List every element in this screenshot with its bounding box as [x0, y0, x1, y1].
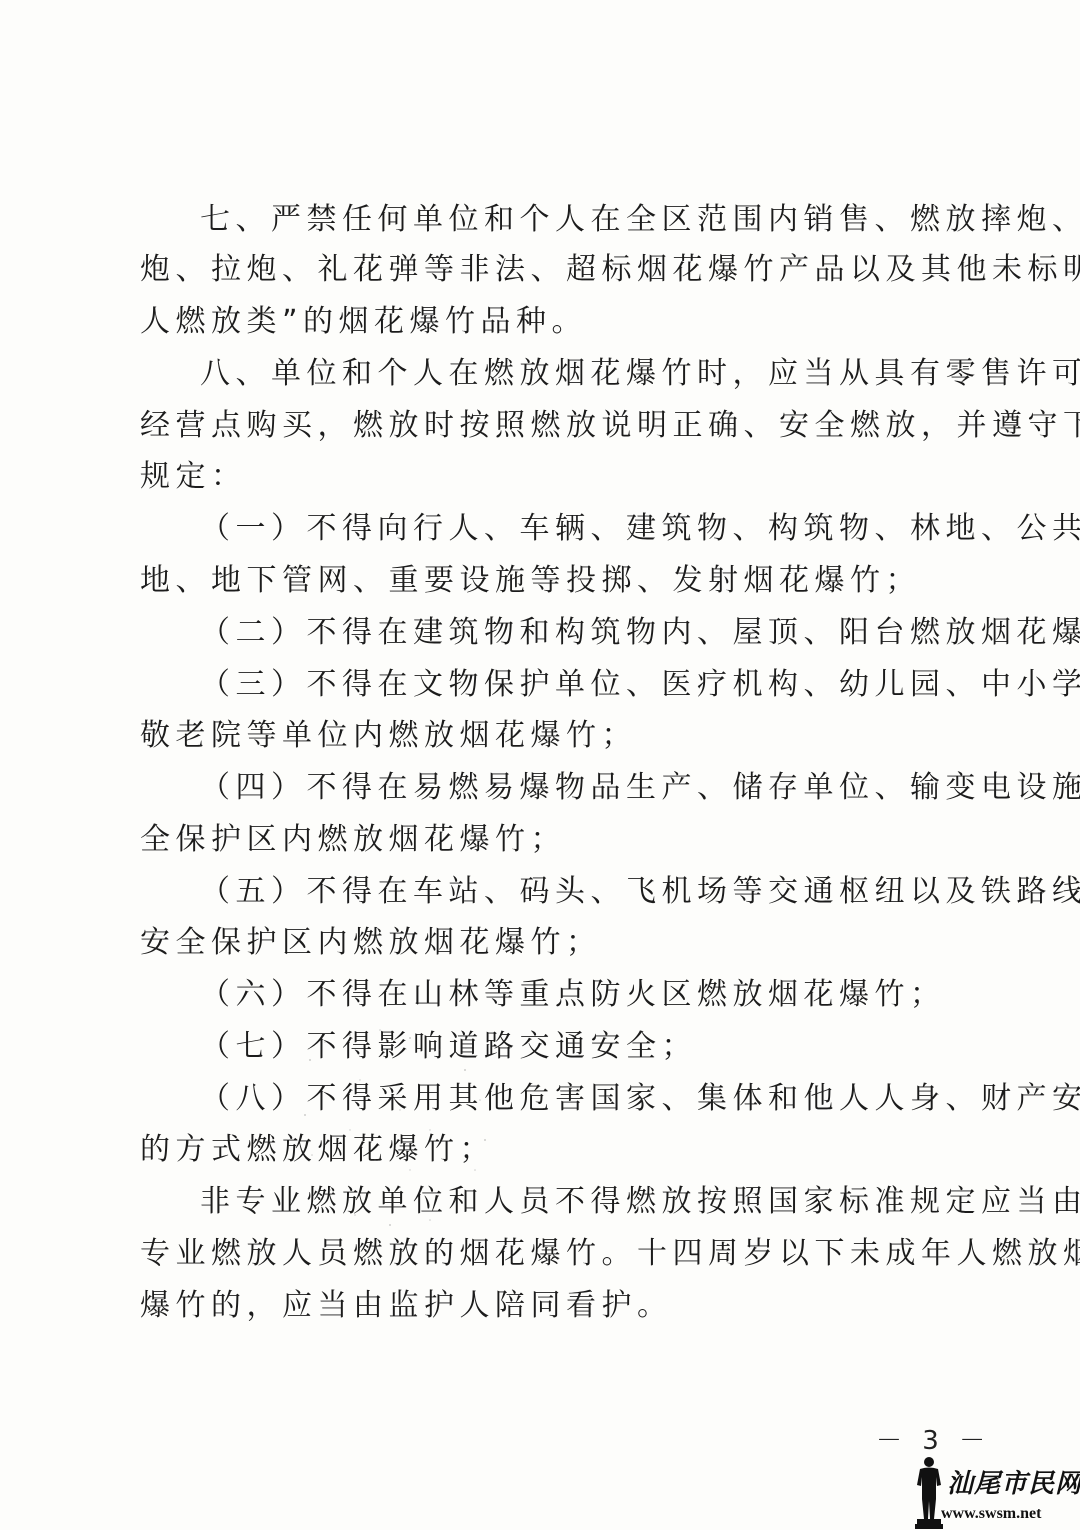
stamp-speckle: [290, 1020, 510, 1240]
text-line: 专业燃放人员燃放的烟花爆竹。十四周岁以下未成年人燃放烟花: [140, 1234, 950, 1274]
text-line: 地、地下管网、重要设施等投掷、发射烟花爆竹；: [140, 561, 950, 601]
text-line: （六）不得在山林等重点防火区燃放烟花爆竹；: [200, 975, 950, 1015]
watermark-url: www.swsm.net: [941, 1505, 1041, 1523]
watermark-logo: 汕尾市民网 www.swsm.net: [915, 1455, 1080, 1530]
page-number: － 3 －: [876, 1420, 991, 1457]
text-line: 安全保护区内燃放烟花爆竹；: [140, 923, 950, 963]
text-line: 人燃放类”的烟花爆竹品种。: [140, 302, 950, 342]
text-line: （五）不得在车站、码头、飞机场等交通枢纽以及铁路线路: [200, 872, 950, 912]
document-page: 七、严禁任何单位和个人在全区范围内销售、燃放摔炮、擦 炮、拉炮、礼花弹等非法、超…: [0, 0, 1080, 1530]
text-line: 爆竹的，应当由监护人陪同看护。: [140, 1286, 950, 1326]
text-line: 七、严禁任何单位和个人在全区范围内销售、燃放摔炮、擦: [200, 200, 950, 240]
text-line: 敬老院等单位内燃放烟花爆竹；: [140, 716, 950, 756]
text-line: （三）不得在文物保护单位、医疗机构、幼儿园、中小学校、: [200, 665, 950, 705]
text-line: 经营点购买，燃放时按照燃放说明正确、安全燃放，并遵守下列: [140, 406, 950, 446]
text-line: 八、单位和个人在燃放烟花爆竹时，应当从具有零售许可的: [200, 354, 950, 394]
text-line: 的方式燃放烟花爆竹；: [140, 1130, 950, 1170]
text-line: 规定：: [140, 457, 950, 497]
watermark-title: 汕尾市民网: [947, 1463, 1080, 1500]
text-line: 全保护区内燃放烟花爆竹；: [140, 820, 950, 860]
text-line: 炮、拉炮、礼花弹等非法、超标烟花爆竹产品以及其他未标明“个: [140, 250, 950, 290]
text-line: （四）不得在易燃易爆物品生产、储存单位、输变电设施安: [200, 768, 950, 808]
text-line: （二）不得在建筑物和构筑物内、屋顶、阳台燃放烟花爆竹；: [200, 613, 950, 653]
text-line: （一）不得向行人、车辆、建筑物、构筑物、林地、公共绿: [200, 509, 950, 549]
